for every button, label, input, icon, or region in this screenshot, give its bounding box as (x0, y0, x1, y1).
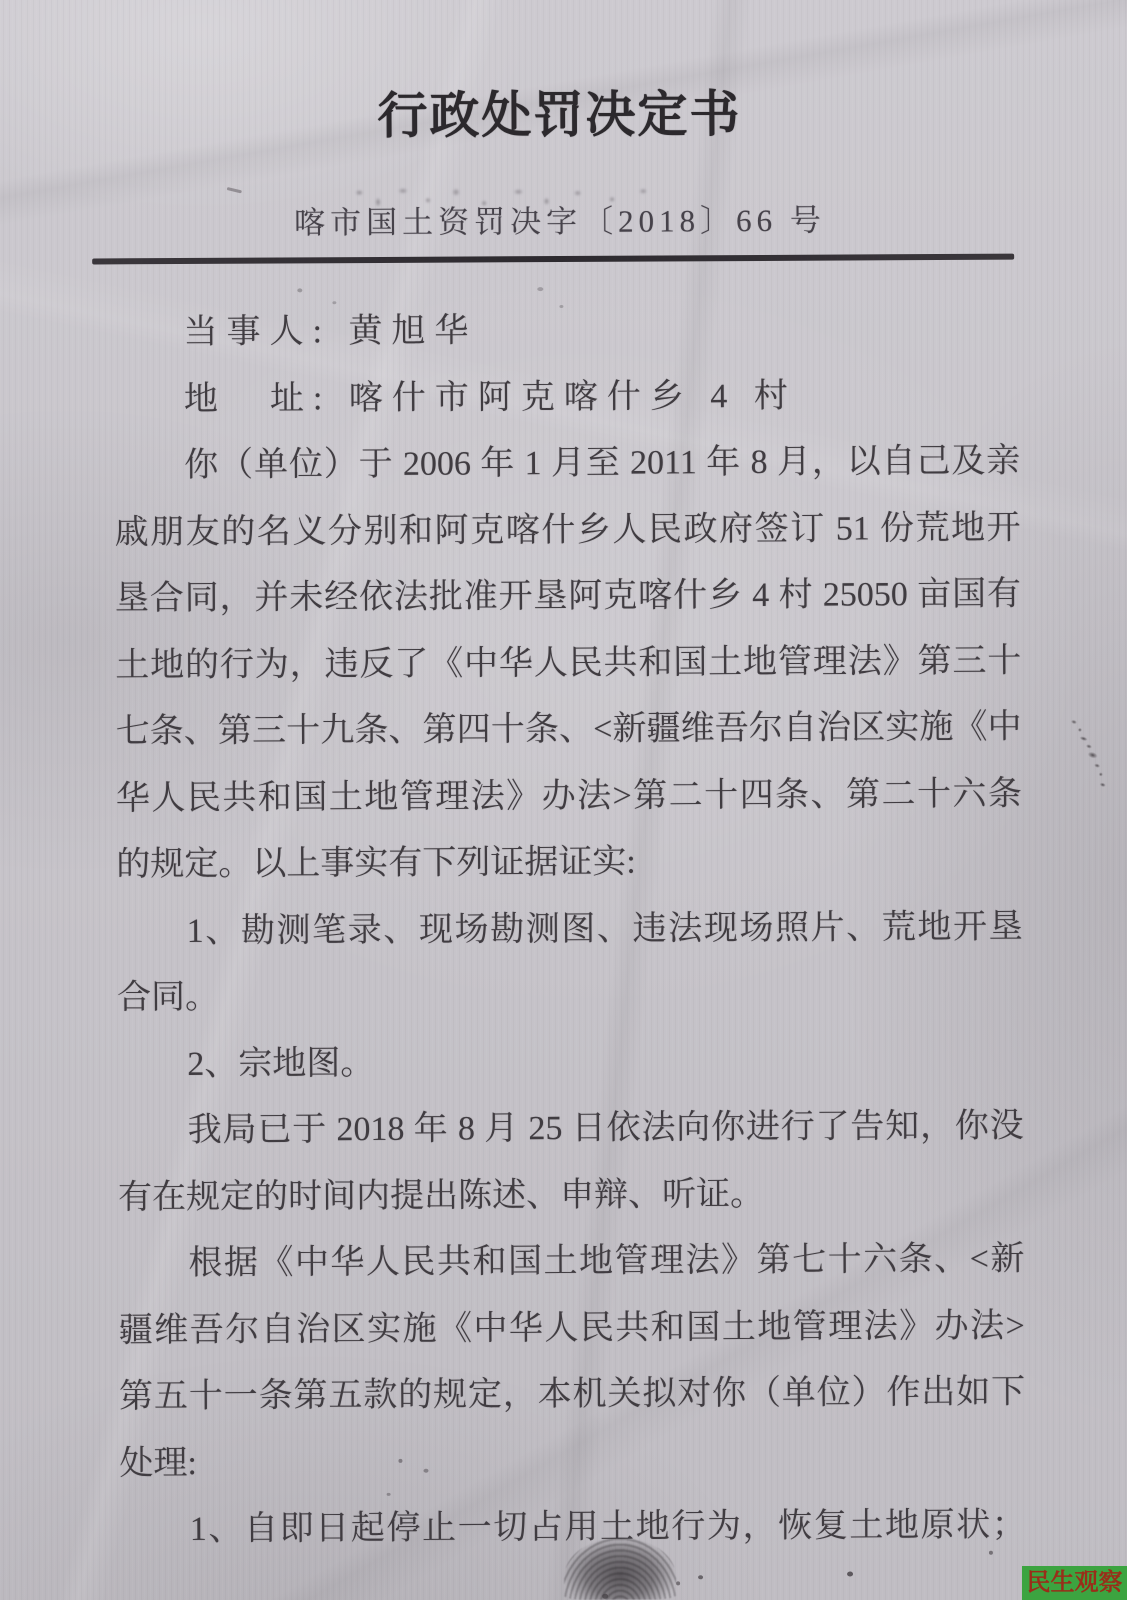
document-line: 我局已于 2018 年 8 月 25 日依法向你进行了告知，你没 (118, 1094, 1024, 1165)
watermark-badge: 民生观察 (1022, 1566, 1127, 1600)
ink-dot (676, 1581, 680, 1585)
watermark-label: 民生观察 (1027, 1566, 1123, 1600)
document-line: 有在规定的时间内提出陈述、申辩、听证。 (118, 1160, 1024, 1231)
document-number: 喀市国土资罚决字〔2018〕66 号 (100, 199, 1020, 246)
document-line: 2、宗地图。 (117, 1027, 1023, 1098)
document-line: 你（单位）于 2006 年 1 月至 2011 年 8 月，以自己及亲 (114, 429, 1020, 500)
document-line: 垦合同，并未经依法批准开垦阿克喀什乡 4 村 25050 亩国有 (115, 562, 1021, 633)
document-line: 的规定。以上事实有下列证据证实: (116, 828, 1022, 899)
ink-speck (537, 287, 543, 291)
document-page: 行政处罚决定书 喀市国土资罚决字〔2018〕66 号 当事人: 黄旭华地 址: … (0, 0, 1127, 1600)
document-line: 合同。 (117, 961, 1023, 1032)
document-line: 当事人: 黄旭华 (113, 296, 1019, 367)
ink-speck (297, 288, 302, 292)
document-content: 行政处罚决定书 喀市国土资罚决字〔2018〕66 号 当事人: 黄旭华地 址: … (0, 0, 1127, 1600)
document-line: 处理: (119, 1426, 1025, 1497)
document-line: 华人民共和国土地管理法》办法>第二十四条、第二十六条 (116, 761, 1022, 832)
ghost-print-dash (227, 187, 242, 193)
document-line: 1、勘测笔录、现场勘测图、违法现场照片、荒地开垦 (117, 894, 1023, 965)
document-title: 行政处罚决定书 (99, 82, 1019, 149)
document-line: 1、自即日起停止一切占用土地行为，恢复土地原状； (120, 1493, 1026, 1564)
ink-dot (698, 1575, 703, 1579)
document-line: 第五十一条第五款的规定，本机关拟对你（单位）作出如下 (119, 1360, 1025, 1431)
ink-dot (847, 1571, 853, 1576)
document-line: 土地的行为，违反了《中华人民共和国土地管理法》第三十 (115, 628, 1021, 699)
document-line: 根据《中华人民共和国土地管理法》第七十六条、<新 (118, 1227, 1024, 1298)
ink-speckle-stain (1046, 710, 1127, 797)
document-line: 戚朋友的名义分别和阿克喀什乡人民政府签订 51 份荒地开 (114, 495, 1020, 566)
header-divider (92, 254, 1014, 265)
document-line: 地 址: 喀什市阿克喀什乡 4 村 (114, 362, 1020, 433)
document-body: 当事人: 黄旭华地 址: 喀什市阿克喀什乡 4 村你（单位）于 2006 年 1… (113, 296, 1026, 1564)
document-line: 七条、第三十九条、第四十条、<新疆维吾尔自治区实施《中 (115, 695, 1021, 766)
document-line: 疆维吾尔自治区实施《中华人民共和国土地管理法》办法> (119, 1293, 1025, 1364)
